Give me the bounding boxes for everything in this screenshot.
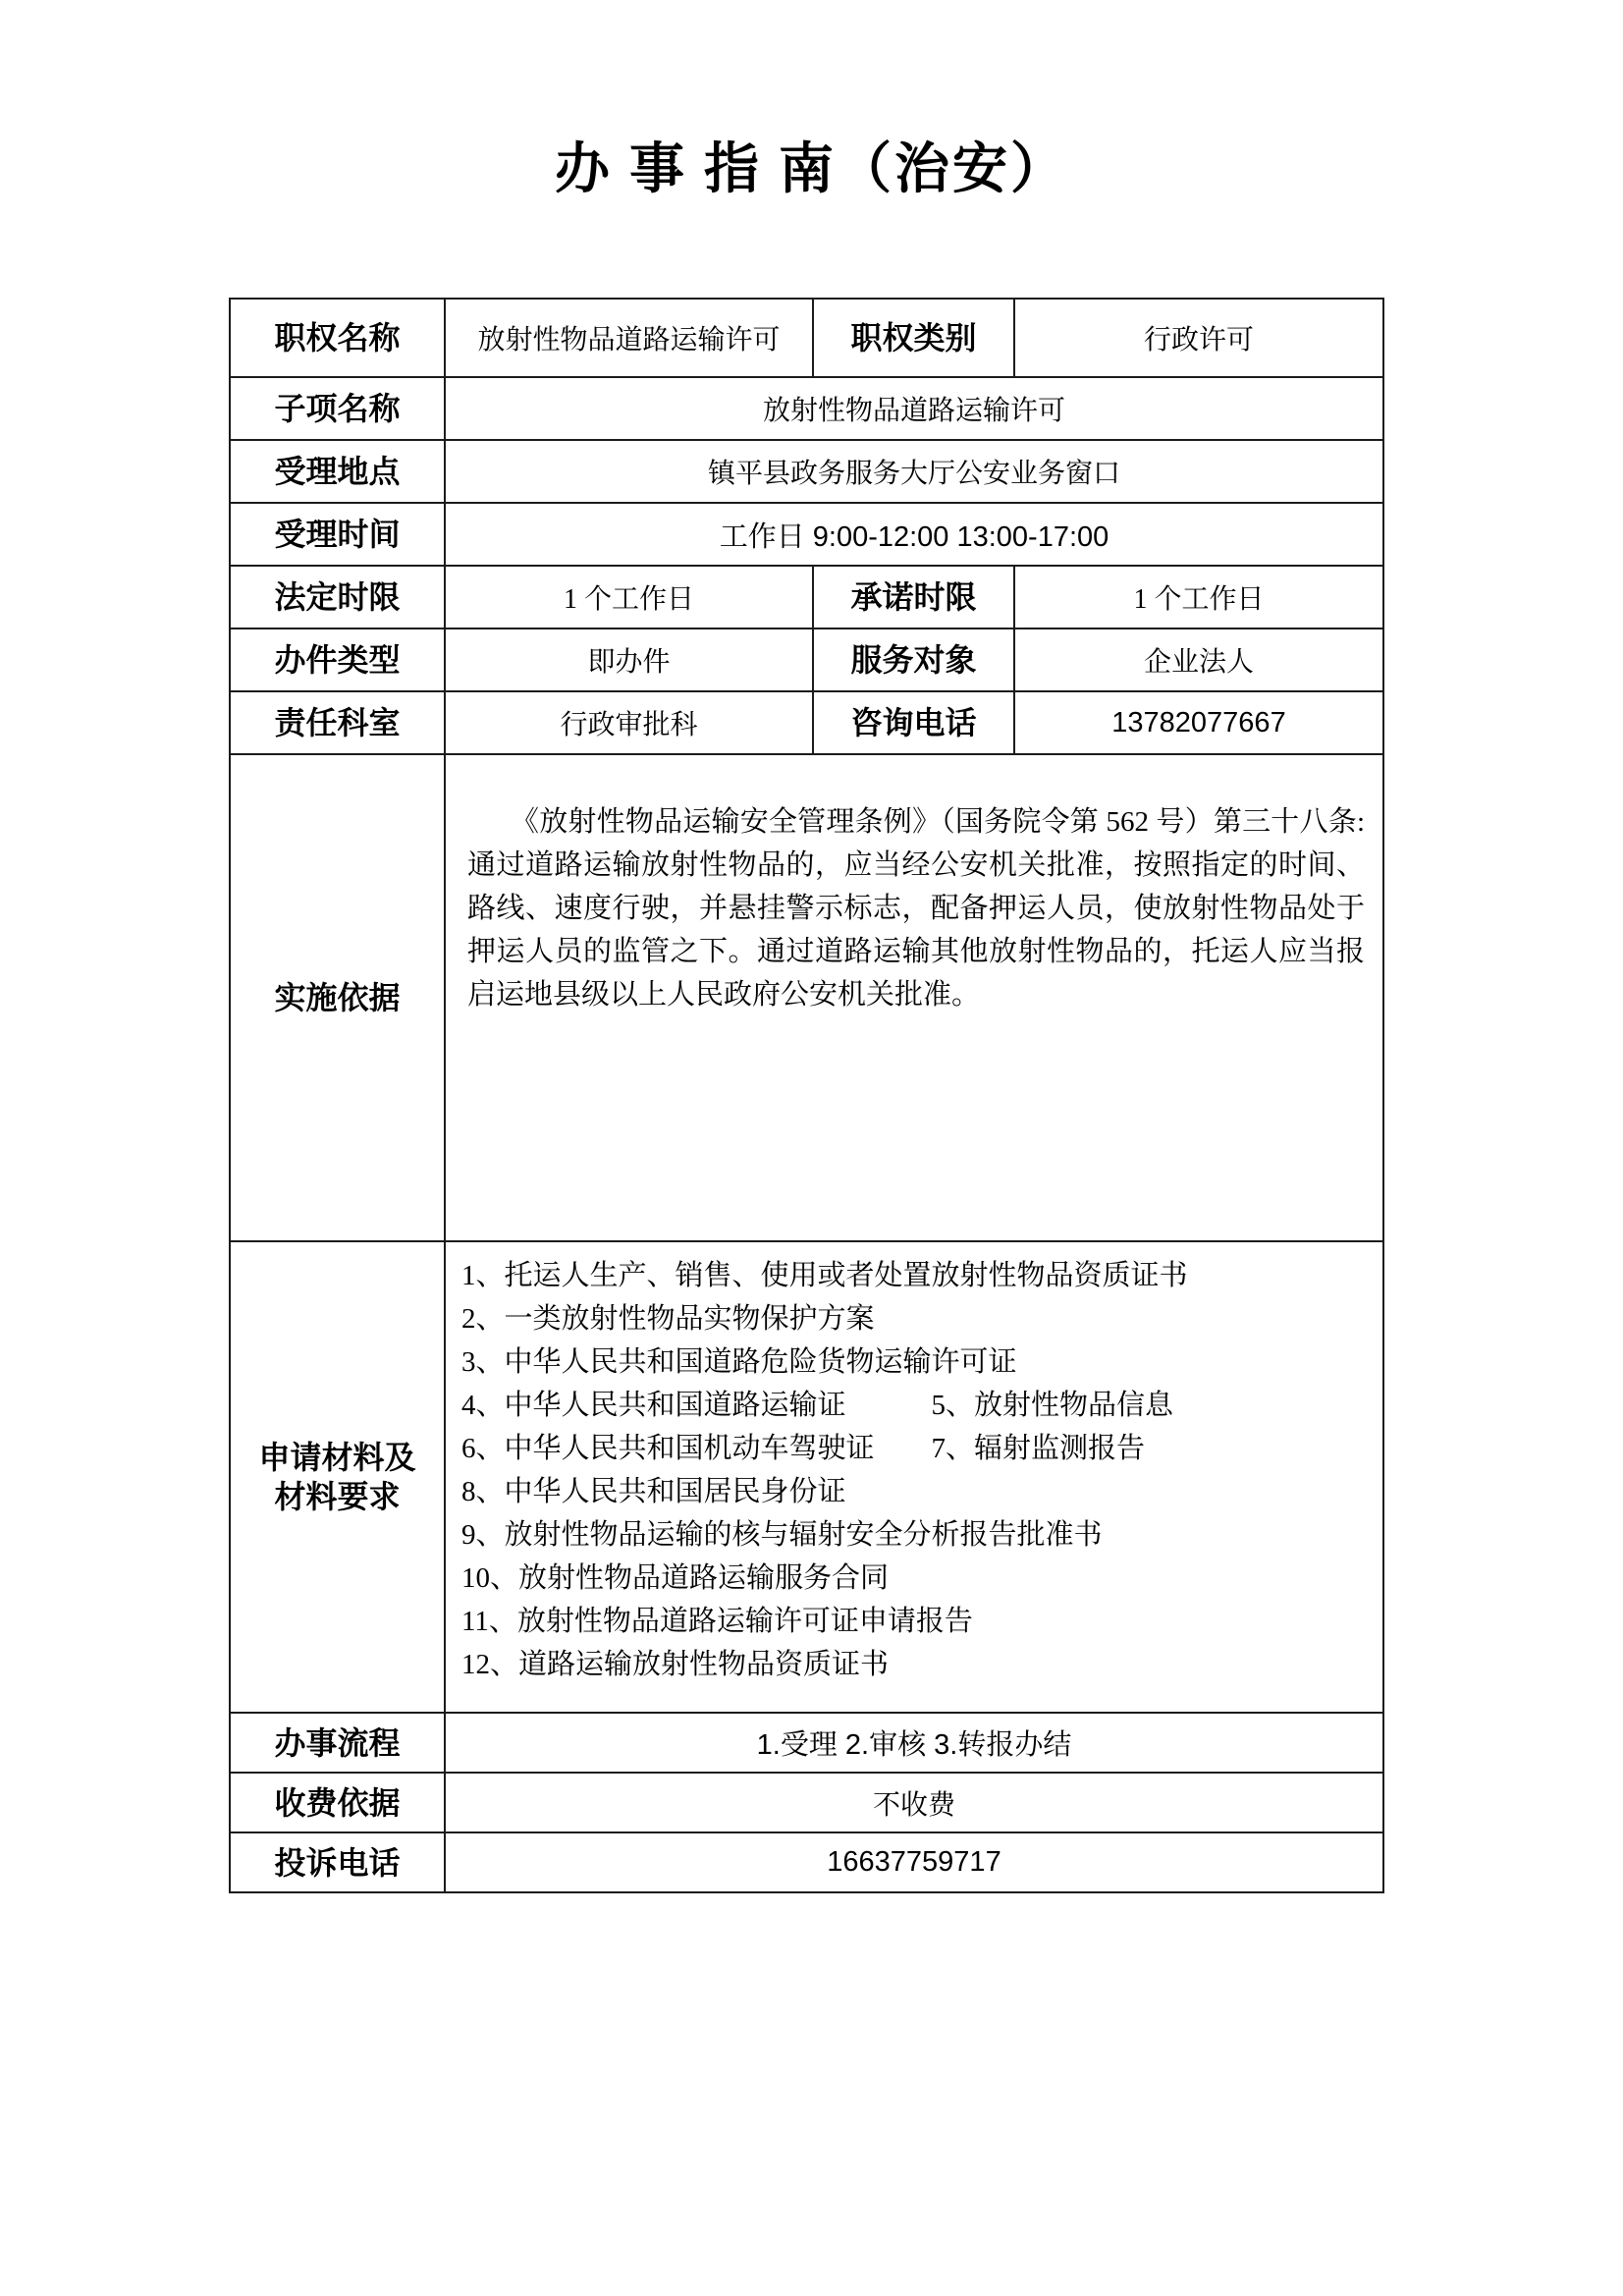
label-responsible-section: 责任科室 [230, 691, 445, 754]
label-application-materials-line2: 材料要求 [231, 1477, 444, 1516]
value-process-flow: 1.受理 2.审核 3.转报办结 [445, 1713, 1383, 1773]
label-acceptance-place: 受理地点 [230, 440, 445, 503]
table-row: 办件类型 即办件 服务对象 企业法人 [230, 629, 1383, 691]
page-title: 办 事 指 南（治安） [0, 126, 1623, 204]
implementation-basis-paragraph: 《放射性物品运输安全管理条例》（国务院令第 562 号）第三十八条:通过道路运输… [467, 800, 1365, 1016]
label-case-type: 办件类型 [230, 629, 445, 691]
table-row: 子项名称 放射性物品道路运输许可 [230, 377, 1383, 440]
value-complaint-phone: 16637759717 [445, 1832, 1383, 1892]
material-item: 11、放射性物品道路运输许可证申请报告 [461, 1600, 1375, 1643]
material-item: 3、中华人民共和国道路危险货物运输许可证 [461, 1340, 1375, 1384]
value-implementation-basis: 《放射性物品运输安全管理条例》（国务院令第 562 号）第三十八条:通过道路运输… [445, 754, 1383, 1241]
value-responsible-section: 行政审批科 [445, 691, 813, 754]
table-row: 受理地点 镇平县政务服务大厅公安业务窗口 [230, 440, 1383, 503]
label-authority-name: 职权名称 [230, 299, 445, 377]
table-row: 办事流程 1.受理 2.审核 3.转报办结 [230, 1713, 1383, 1773]
material-item: 10、放射性物品道路运输服务合同 [461, 1557, 1375, 1600]
table-row: 投诉电话 16637759717 [230, 1832, 1383, 1892]
table-row: 受理时间 工作日 9:00-12:00 13:00-17:00 [230, 503, 1383, 566]
label-application-materials: 申请材料及 材料要求 [230, 1241, 445, 1713]
label-subitem-name: 子项名称 [230, 377, 445, 440]
label-promised-time-limit: 承诺时限 [813, 566, 1014, 629]
table-row: 申请材料及 材料要求 1、托运人生产、销售、使用或者处置放射性物品资质证书 2、… [230, 1241, 1383, 1713]
value-promised-time-limit: 1 个工作日 [1014, 566, 1383, 629]
material-item: 6、中华人民共和国机动车驾驶证 7、辐射监测报告 [461, 1427, 1375, 1470]
material-item: 1、托运人生产、销售、使用或者处置放射性物品资质证书 [461, 1254, 1375, 1297]
material-item: 9、放射性物品运输的核与辐射安全分析报告批准书 [461, 1513, 1375, 1557]
label-acceptance-time: 受理时间 [230, 503, 445, 566]
label-inquiry-phone: 咨询电话 [813, 691, 1014, 754]
label-authority-type: 职权类别 [813, 299, 1014, 377]
document-page: { "page": { "title": "办 事 指 南（治安）" }, "t… [0, 0, 1623, 2296]
value-authority-type: 行政许可 [1014, 299, 1383, 377]
table-row: 收费依据 不收费 [230, 1773, 1383, 1832]
label-fee-basis: 收费依据 [230, 1773, 445, 1832]
table-row: 法定时限 1 个工作日 承诺时限 1 个工作日 [230, 566, 1383, 629]
material-item: 8、中华人民共和国居民身份证 [461, 1470, 1375, 1513]
value-legal-time-limit: 1 个工作日 [445, 566, 813, 629]
label-implementation-basis: 实施依据 [230, 754, 445, 1241]
value-acceptance-time: 工作日 9:00-12:00 13:00-17:00 [445, 503, 1383, 566]
value-acceptance-place: 镇平县政务服务大厅公安业务窗口 [445, 440, 1383, 503]
label-service-target: 服务对象 [813, 629, 1014, 691]
label-complaint-phone: 投诉电话 [230, 1832, 445, 1892]
value-subitem-name: 放射性物品道路运输许可 [445, 377, 1383, 440]
value-inquiry-phone: 13782077667 [1014, 691, 1383, 754]
value-service-target: 企业法人 [1014, 629, 1383, 691]
service-guide-table: 职权名称 放射性物品道路运输许可 职权类别 行政许可 子项名称 放射性物品道路运… [229, 298, 1384, 1893]
material-item: 4、中华人民共和国道路运输证 5、放射性物品信息 [461, 1384, 1375, 1427]
table-row: 责任科室 行政审批科 咨询电话 13782077667 [230, 691, 1383, 754]
label-process-flow: 办事流程 [230, 1713, 445, 1773]
value-application-materials: 1、托运人生产、销售、使用或者处置放射性物品资质证书 2、一类放射性物品实物保护… [445, 1241, 1383, 1713]
value-case-type: 即办件 [445, 629, 813, 691]
material-item: 2、一类放射性物品实物保护方案 [461, 1297, 1375, 1340]
material-item: 12、道路运输放射性物品资质证书 [461, 1643, 1375, 1686]
value-fee-basis: 不收费 [445, 1773, 1383, 1832]
table-row: 职权名称 放射性物品道路运输许可 职权类别 行政许可 [230, 299, 1383, 377]
label-application-materials-line1: 申请材料及 [231, 1438, 444, 1477]
label-legal-time-limit: 法定时限 [230, 566, 445, 629]
table-row: 实施依据 《放射性物品运输安全管理条例》（国务院令第 562 号）第三十八条:通… [230, 754, 1383, 1241]
value-authority-name: 放射性物品道路运输许可 [445, 299, 813, 377]
